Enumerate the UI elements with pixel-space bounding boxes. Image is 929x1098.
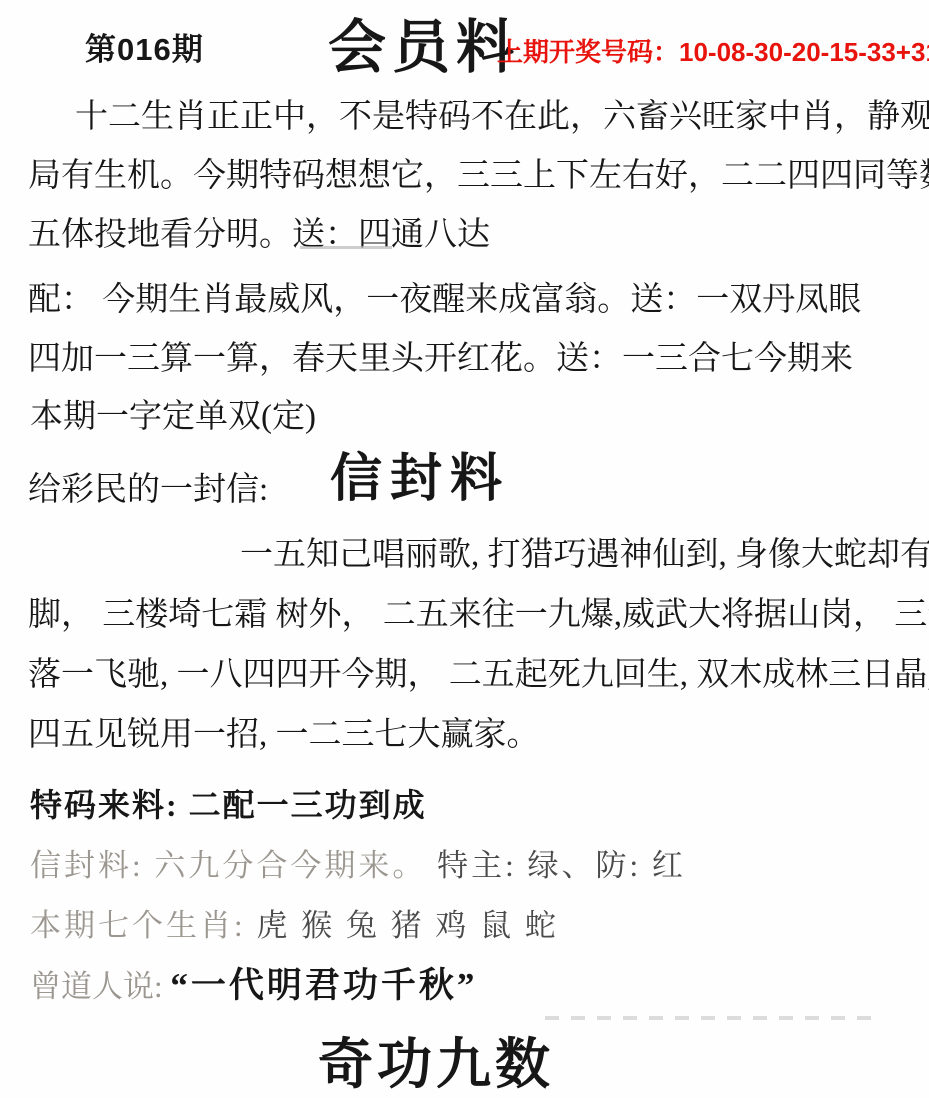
- envelope-tip-main: 信封料: 六九分合今期来。: [30, 848, 426, 883]
- footer-section-title: 奇功九数: [318, 1020, 554, 1098]
- letter-line: 一五知己唱丽歌, 打猎巧遇神仙到, 身像大蛇却有: [240, 528, 929, 575]
- scan-smudge: [300, 246, 392, 249]
- quote-tip: 曾道人说: “一代明君功千秋”: [30, 958, 477, 1008]
- intro-poem-line: 五体投地看分明。送：四通八达: [28, 208, 490, 255]
- quote-prefix: 曾道人说:: [30, 969, 170, 1004]
- issue-number: 第016期: [85, 24, 204, 69]
- envelope-tip-colors: 特主: 绿、防: 红: [426, 848, 685, 883]
- letter-section-title: 信封料: [330, 436, 510, 511]
- single-double-line: 本期一字定单双(定): [30, 390, 316, 437]
- quote-text: “一代明君功千秋”: [170, 966, 477, 1005]
- intro-poem-line: 局有生机。今期特码想想它，三三上下左右好，二二四四同等数，: [28, 149, 929, 196]
- zodiac-tip-label: 本期七个生肖:: [30, 908, 256, 943]
- special-code-tip: 特码来料: 二配一三功到成: [30, 780, 427, 826]
- intro-poem-line: 十二生肖正正中，不是特码不在此，六畜兴旺家中肖，静观大: [75, 90, 929, 137]
- zodiac-tip-animals: 虎 猴 兔 猪 鸡 鼠 蛇: [256, 908, 559, 943]
- zodiac-tip: 本期七个生肖: 虎 猴 兔 猪 鸡 鼠 蛇: [30, 900, 559, 945]
- scan-smudge: [545, 1016, 880, 1020]
- letter-line: 四五见锐用一招, 一二三七大赢家。: [28, 708, 540, 755]
- envelope-tip: 信封料: 六九分合今期来。 特主: 绿、防: 红: [30, 840, 686, 885]
- pairing-line: 配： 今期生肖最威风，一夜醒来成富翁。送：一双丹凤眼: [28, 273, 861, 320]
- letter-line: 脚， 三楼埼七霜 树外， 二五来往一九爆,威武大将据山岗， 三十四: [28, 588, 929, 635]
- pairing-line: 四加一三算一算，春天里头开红花。送：一三合七今期来: [28, 332, 853, 379]
- letter-label: 给彩民的一封信:: [28, 463, 268, 510]
- tip-sheet-page: 第016期 会员料 上期开奖号码：10-08-30-20-15-33+31 十二…: [0, 0, 929, 1098]
- page-title: 会员料: [328, 0, 520, 84]
- letter-line: 落一飞驰, 一八四四开今期， 二五起死九回生, 双木成林三日晶,: [28, 648, 929, 695]
- last-draw-numbers: 上期开奖号码：10-08-30-20-15-33+31: [497, 32, 929, 69]
